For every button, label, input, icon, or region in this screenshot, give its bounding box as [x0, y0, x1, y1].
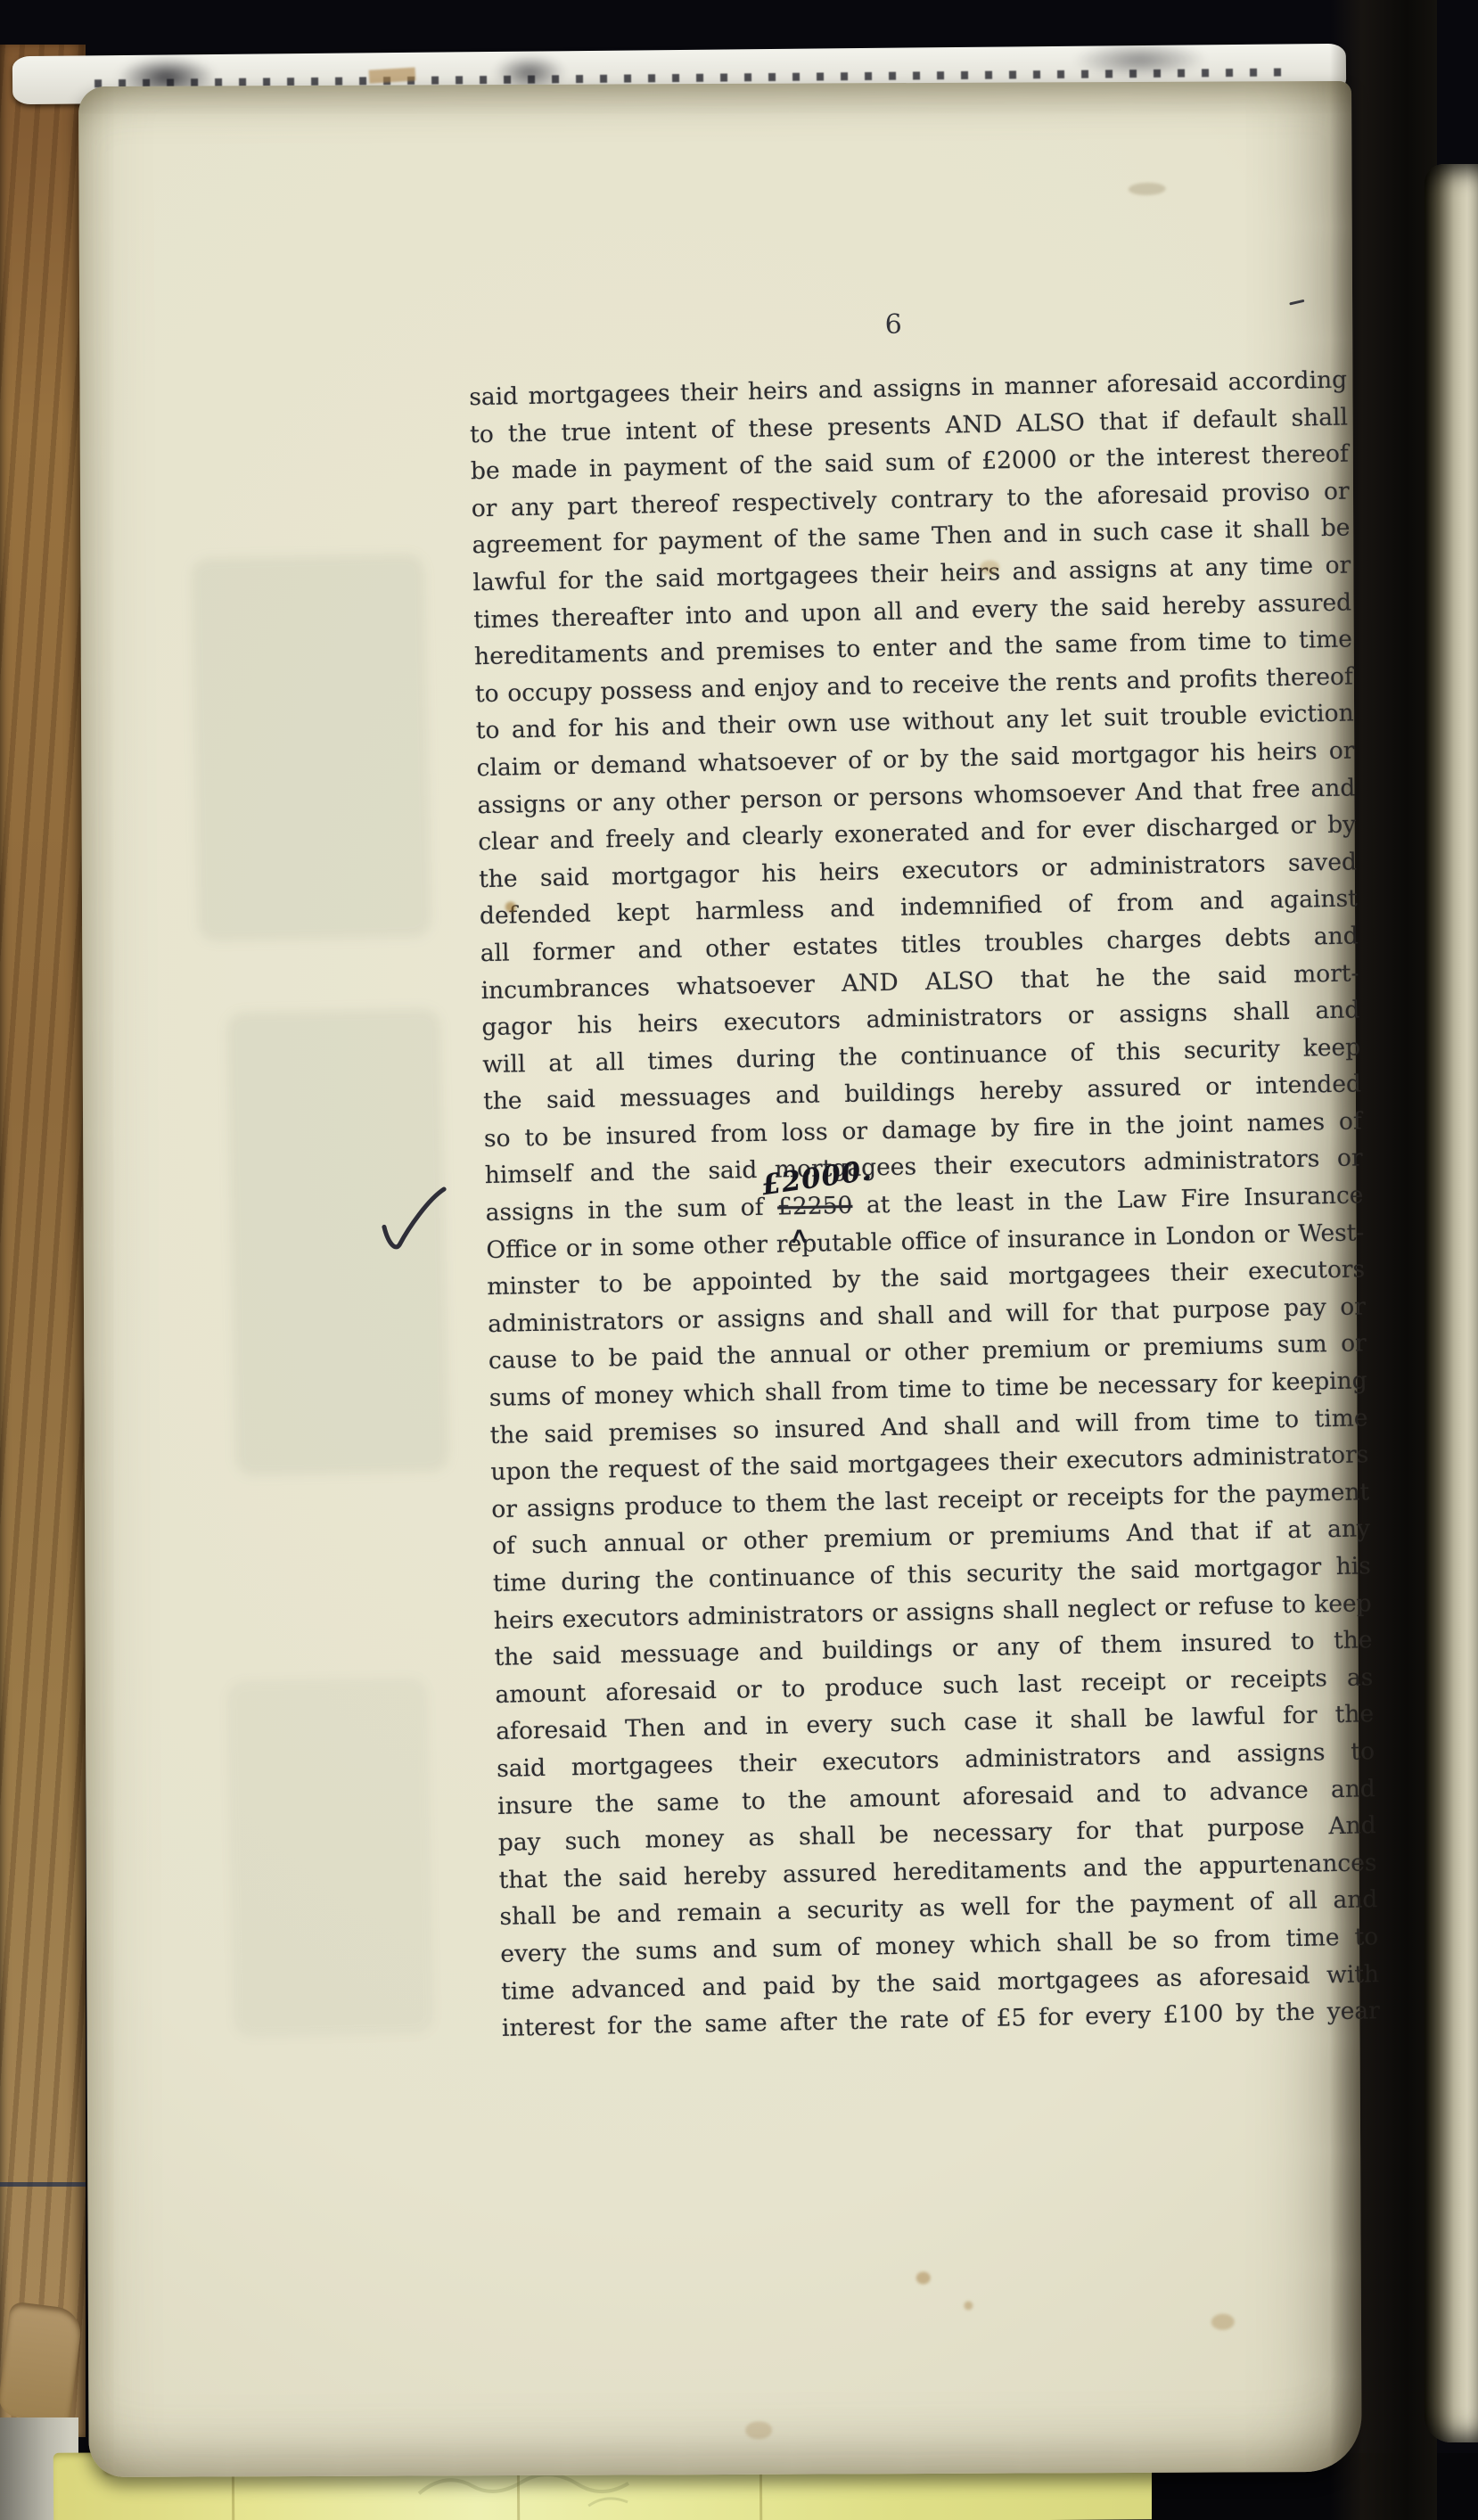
stain: [1129, 183, 1166, 196]
stain: [964, 2301, 973, 2310]
page-number: 6: [856, 308, 932, 341]
cardboard-cover-edge: [0, 45, 86, 2437]
book-gutter-shadow: [1330, 0, 1437, 2520]
checkmark-icon: [378, 1183, 451, 1268]
stain: [916, 2271, 931, 2284]
cardboard-torn-piece: [0, 2301, 83, 2423]
page-content: 6 said mortgagees their heirs and assign…: [74, 71, 1395, 2487]
text-block: said mortgagees their heirs and assigns …: [469, 366, 1380, 2052]
scanned-book-photo: { "document": { "page_number": "6", "bod…: [0, 0, 1478, 2520]
facing-page-edge: [1425, 164, 1478, 2442]
tan-fragment: [369, 67, 416, 83]
stain: [745, 2421, 772, 2440]
stain: [1211, 2313, 1235, 2330]
document-page: 6 said mortgagees their heirs and assign…: [78, 81, 1362, 2477]
struck-amount: £2250£2000.∧: [777, 1192, 853, 1221]
cardboard-dark-line: [0, 2182, 86, 2187]
showthrough-ghost-text: [191, 554, 432, 941]
pen-dash-mark: [1289, 300, 1304, 306]
showthrough-ghost-text: [226, 1678, 434, 2038]
caret-mark: ∧: [787, 1222, 809, 1248]
